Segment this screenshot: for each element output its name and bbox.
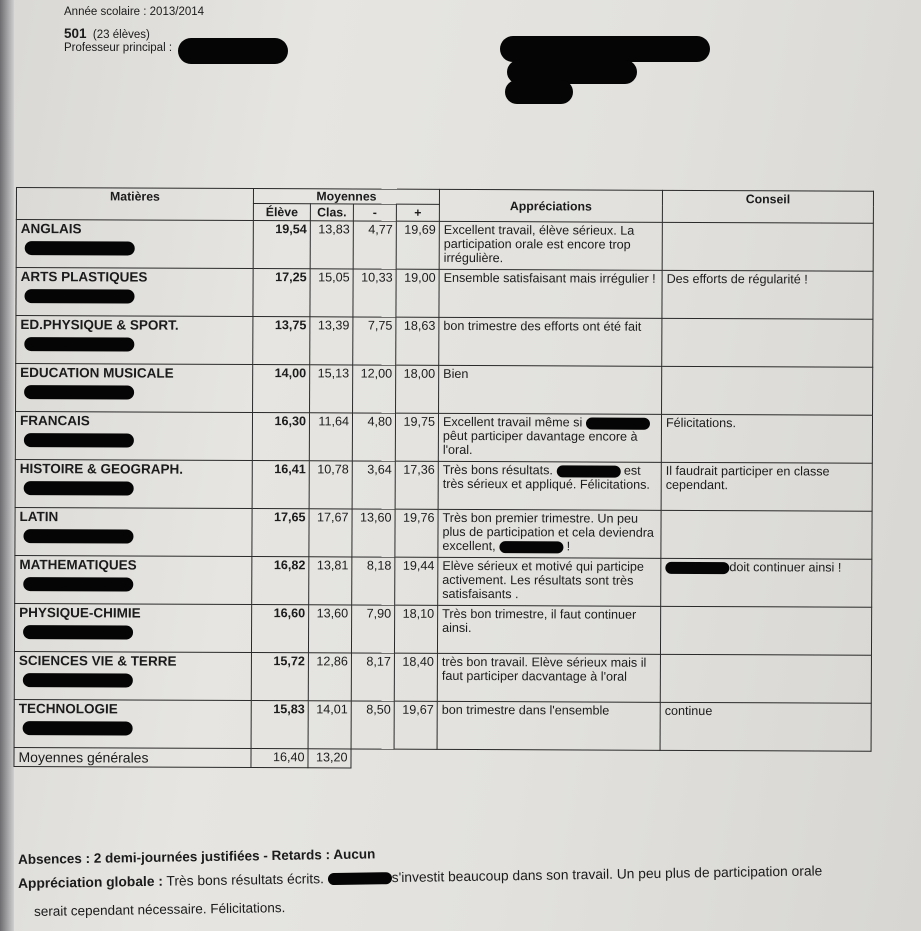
subject-row: SCIENCES VIE & TERRE 15,72 12,86 8,17 18…: [14, 651, 871, 703]
redaction-teacher-name: [23, 673, 133, 687]
appreciation: Bien: [439, 365, 662, 414]
min-average: 4,80: [352, 413, 395, 461]
appreciation: Très bon trimestre, il faut continuer ai…: [437, 605, 660, 654]
header-subjects: Matières: [16, 188, 253, 221]
min-average: 7,75: [353, 317, 396, 365]
appreciation: Excellent travail, élève sérieux. La par…: [439, 221, 662, 270]
subject-row: TECHNOLOGIE 15,83 14,01 8,50 19,67 bon t…: [14, 699, 871, 751]
school-year: Année scolaire : 2013/2014: [64, 6, 204, 18]
redaction-teacher-name: [23, 625, 133, 639]
subject-name: MATHEMATIQUES: [19, 557, 247, 573]
header-averages: Moyennes: [253, 189, 439, 205]
subject-name: FRANCAIS: [20, 413, 248, 429]
advice: [662, 318, 873, 367]
appreciation: très bon travail. Elève sérieux mais il …: [437, 653, 660, 702]
subject-row: FRANCAIS 16,30 11,64 4,80 19,75 Excellen…: [15, 412, 872, 464]
subject-cell: PHYSIQUE-CHIMIE: [14, 603, 251, 652]
advice: Des efforts de régularité !: [662, 270, 873, 319]
student-average: 16,60: [251, 605, 308, 653]
subject-cell: LATIN: [15, 507, 252, 556]
min-average: 8,50: [351, 701, 394, 749]
global-appreciation: Appréciation globale : Très bons résulta…: [18, 863, 823, 891]
subject-row: MATHEMATIQUES 16,82 13,81 8,18 19,44 Elè…: [15, 555, 872, 607]
subject-cell: ANGLAIS: [16, 220, 253, 269]
class-average: 12,86: [308, 653, 351, 701]
appreciation: Très bons résultats. est très sérieux et…: [438, 461, 661, 510]
redaction-teacher-name: [25, 241, 135, 255]
redaction-student-name: [499, 541, 563, 553]
advice: doit continuer ainsi !: [661, 558, 872, 607]
header-class: Clas.: [310, 204, 353, 221]
subject-row: ED.PHYSIQUE & SPORT. 13,75 13,39 7,75 18…: [16, 316, 873, 368]
redaction-student-name: [556, 465, 620, 477]
advice: Il faudrait participer en classe cependa…: [661, 462, 872, 511]
redaction-teacher-name: [24, 481, 134, 495]
redaction-teacher-name: [24, 337, 134, 351]
class-average: 13,60: [308, 605, 351, 653]
student-average: 16,82: [252, 557, 309, 605]
class-average: 15,05: [310, 269, 353, 317]
class-code: 501: [64, 26, 87, 41]
redaction-student-name: [665, 562, 729, 574]
advice: Félicitations.: [661, 414, 872, 463]
subject-row: PHYSIQUE-CHIMIE 16,60 13,60 7,90 18,10 T…: [14, 603, 871, 655]
min-average: 7,90: [351, 605, 394, 653]
subject-name: PHYSIQUE-CHIMIE: [19, 605, 247, 621]
advice: [662, 366, 873, 415]
subject-name: ANGLAIS: [21, 221, 249, 237]
subject-cell: FRANCAIS: [15, 412, 252, 461]
subject-row: HISTOIRE & GEOGRAPH. 16,41 10,78 3,64 17…: [15, 459, 872, 511]
subject-cell: ED.PHYSIQUE & SPORT.: [16, 316, 253, 365]
header-min: -: [353, 204, 396, 221]
max-average: 19,44: [395, 557, 438, 605]
max-average: 19,00: [396, 269, 439, 317]
general-class: 13,20: [308, 749, 351, 768]
global-appreciation-line2: serait cependant nécessaire. Félicitatio…: [34, 900, 286, 919]
subject-row: ARTS PLASTIQUES 17,25 15,05 10,33 19,00 …: [16, 268, 873, 320]
student-average: 17,65: [252, 509, 309, 557]
header-max: +: [396, 204, 439, 221]
student-average: 13,75: [253, 317, 310, 365]
min-average: 13,60: [352, 509, 395, 557]
advice: [660, 606, 871, 655]
general-student: 16,40: [251, 749, 308, 768]
absences: Absences : 2 demi-journées justifiées - …: [18, 846, 376, 867]
appreciation: bon trimestre dans l'ensemble: [437, 701, 660, 750]
max-average: 19,76: [395, 509, 438, 557]
min-average: 4,77: [353, 221, 396, 269]
general-averages-row: Moyennes générales 16,40 13,20: [14, 747, 871, 770]
redaction-teacher-name: [23, 721, 133, 735]
min-average: 10,33: [353, 269, 396, 317]
subject-name: HISTOIRE & GEOGRAPH.: [20, 461, 248, 477]
max-average: 18,63: [396, 317, 439, 365]
min-average: 3,64: [352, 461, 395, 509]
redaction-principal: [178, 38, 288, 64]
subject-cell: HISTOIRE & GEOGRAPH.: [15, 459, 252, 508]
min-average: 12,00: [353, 365, 396, 413]
global-label: Appréciation globale :: [18, 874, 163, 891]
subject-row: EDUCATION MUSICALE 14,00 15,13 12,00 18,…: [16, 364, 873, 416]
paper-edge-shadow: [0, 0, 14, 931]
redaction-teacher-name: [24, 385, 134, 399]
class-average: 10,78: [309, 461, 352, 509]
student-average: 16,30: [252, 413, 309, 461]
subject-name: ED.PHYSIQUE & SPORT.: [20, 317, 248, 333]
max-average: 18,40: [394, 653, 437, 701]
class-average: 17,67: [309, 509, 352, 557]
subject-name: ARTS PLASTIQUES: [21, 269, 249, 285]
subject-cell: EDUCATION MUSICALE: [16, 364, 253, 413]
class-average: 11,64: [309, 413, 352, 461]
subject-cell: SCIENCES VIE & TERRE: [14, 651, 251, 700]
subject-cell: MATHEMATIQUES: [15, 555, 252, 604]
appreciation: bon trimestre des efforts ont été fait: [439, 317, 662, 366]
redaction-teacher-name: [24, 433, 134, 447]
class-average: 13,39: [310, 317, 353, 365]
appreciation: Ensemble satisfaisant mais irrégulier !: [439, 269, 662, 318]
subject-cell: ARTS PLASTIQUES: [16, 268, 253, 317]
student-average: 15,83: [251, 701, 308, 749]
advice: [661, 510, 872, 559]
subject-name: SCIENCES VIE & TERRE: [19, 653, 247, 669]
min-average: 8,17: [351, 653, 394, 701]
max-average: 19,75: [395, 413, 438, 461]
student-average: 16,41: [252, 461, 309, 509]
advice: [660, 654, 871, 703]
appreciation: Très bon premier trimestre. Un peu plus …: [438, 509, 661, 558]
max-average: 19,69: [396, 221, 439, 269]
appreciation: Excellent travail même si pêut participe…: [438, 413, 661, 462]
max-average: 17,36: [395, 461, 438, 509]
student-average: 19,54: [253, 221, 310, 269]
header-student: Élève: [253, 204, 310, 221]
class-average: 13,81: [309, 557, 352, 605]
subject-name: LATIN: [20, 509, 248, 525]
redaction-student-name: [328, 872, 392, 885]
general-label: Moyennes générales: [14, 747, 251, 767]
principal-label: Professeur principal :: [64, 42, 172, 54]
appreciation: Elève sérieux et motivé qui participe ac…: [438, 557, 661, 606]
class-average: 14,01: [308, 701, 351, 749]
advice: continue: [660, 702, 871, 751]
max-average: 18,10: [394, 605, 437, 653]
advice: [662, 222, 873, 271]
subject-name: TECHNOLOGIE: [19, 701, 247, 717]
redaction-teacher-name: [23, 529, 133, 543]
redaction-address-1: [500, 36, 710, 62]
subject-name: EDUCATION MUSICALE: [20, 365, 248, 381]
redaction-teacher-name: [23, 577, 133, 591]
student-average: 17,25: [253, 269, 310, 317]
subject-cell: TECHNOLOGIE: [14, 699, 251, 748]
subject-row: LATIN 17,65 17,67 13,60 19,76 Très bon p…: [15, 507, 872, 559]
class-info: 501 (23 élèves): [64, 26, 150, 41]
redaction-address-3: [505, 80, 573, 104]
class-average: 15,13: [310, 365, 353, 413]
class-size: (23 élèves): [93, 29, 150, 41]
redaction-teacher-name: [24, 289, 134, 303]
class-average: 13,83: [310, 221, 353, 269]
student-average: 14,00: [253, 365, 310, 413]
max-average: 19,67: [394, 701, 437, 749]
header-appreciations: Appréciations: [439, 189, 662, 222]
redaction-student-name: [586, 417, 650, 429]
max-average: 18,00: [396, 365, 439, 413]
subject-row: ANGLAIS 19,54 13,83 4,77 19,69 Excellent…: [16, 220, 873, 272]
header-advice: Conseil: [662, 190, 873, 223]
min-average: 8,18: [352, 557, 395, 605]
grades-table: Matières Moyennes Appréciations Conseil …: [13, 187, 874, 771]
student-average: 15,72: [251, 653, 308, 701]
